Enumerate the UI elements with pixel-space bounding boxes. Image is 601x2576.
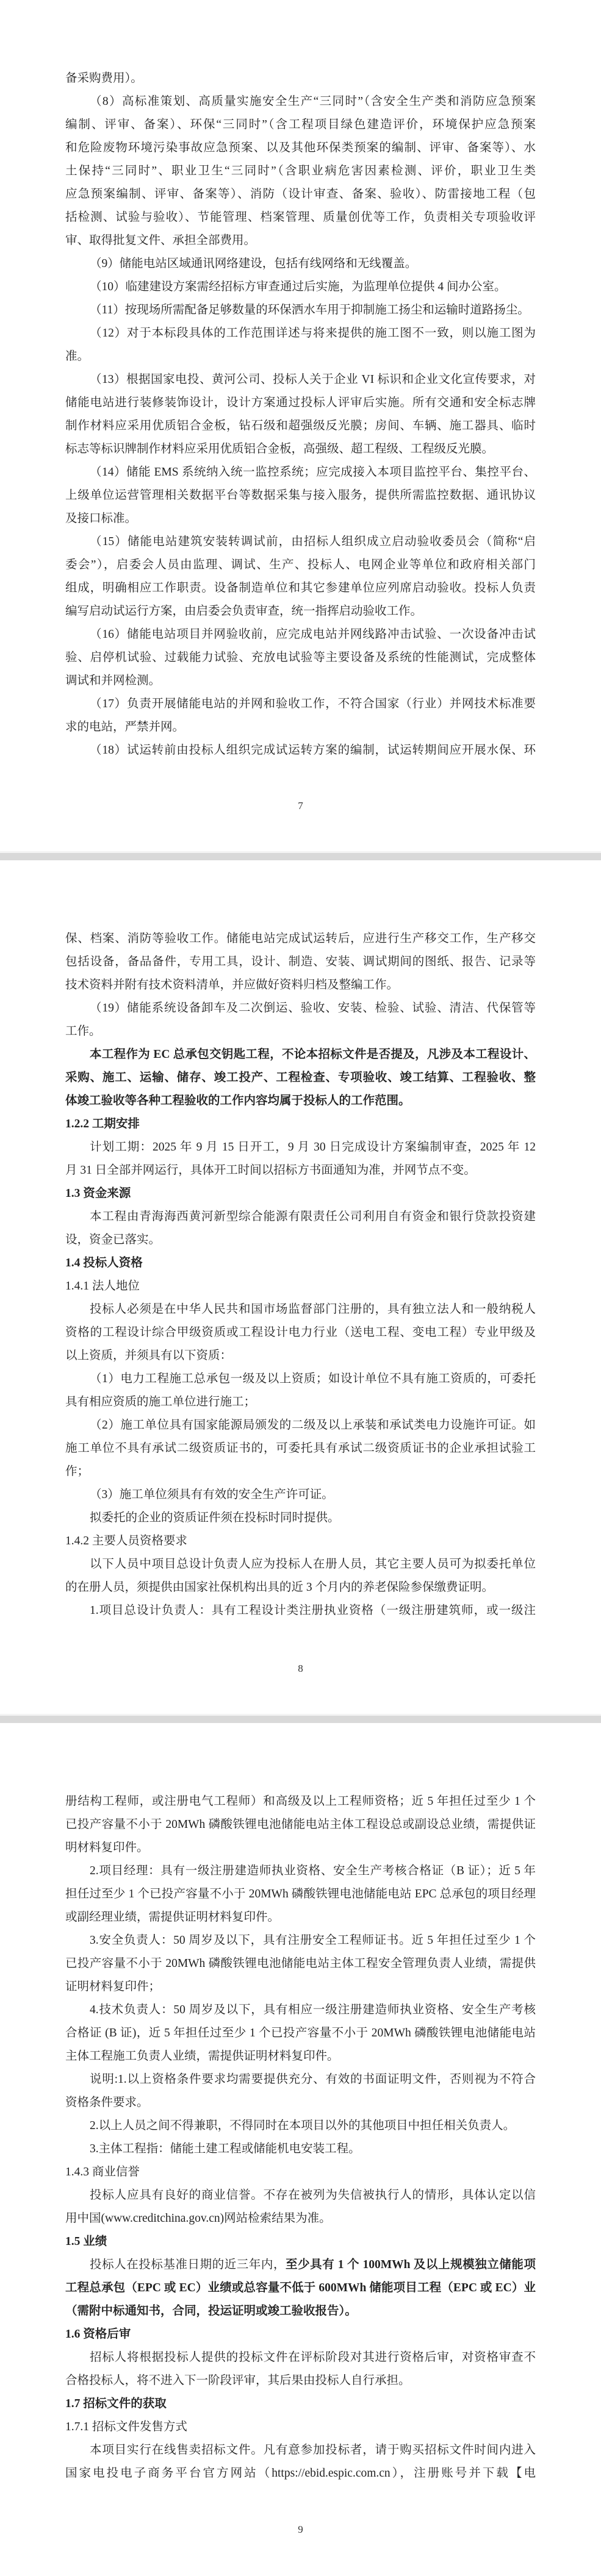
text-run: 投标人在投标基准日期的近三年内， — [90, 2258, 286, 2271]
text-line: 3.安全负责人：50 周岁及以下，具有注册安全工程师证书。近 5 年担任过至少 … — [65, 1929, 536, 1952]
text-line: 说明:1.以上资格条件要求均需要提供充分、有效的书面证明文件，否则视为不符合 — [65, 2068, 536, 2091]
text-line: 1.4.2 主要人员资格要求 — [65, 1530, 536, 1553]
document-page: 保、档案、消防等验收工作。储能电站完成试运转后，应进行生产移交工作，生产移交包括… — [0, 860, 601, 1714]
text-line: （12）对于本标段具体的工作范围详述与将来提供的施工图不一致，则以施工图为 — [65, 322, 536, 345]
text-line: 计划工期：2025 年 9 月 15 日开工，9 月 30 日完成设计方案编制审… — [65, 1136, 536, 1159]
text-line: 拟委托的企业的资质证件须在投标时同时提供。 — [65, 1507, 536, 1530]
page-content: 保、档案、消防等验收工作。储能电站完成试运转后，应进行生产移交工作，生产移交包括… — [0, 860, 601, 1622]
text-line: 主体工程施工负责人业绩，需提供证明材料复印件。 — [65, 2045, 536, 2068]
text-line: 组成，明确相应工作职责。设备制造单位和其它参建单位应列席启动验收。投标人负责 — [65, 577, 536, 600]
text-line: （19）储能系统设备卸车及二次倒运、验收、安装、检验、试验、清洁、代保管等 — [65, 997, 536, 1020]
page-number: 9 — [0, 2522, 601, 2537]
text-line: （15）储能电站建筑安装转调试前，由招标人组织成立启动验收委员会（简称“启 — [65, 530, 536, 554]
text-line: 编制、评审、备案）、环保“三同时”（含工程项目绿色建造评价，环境保护应急预案 — [65, 113, 536, 137]
text-line: 1.5 业绩 — [65, 2230, 536, 2253]
text-line: （1）电力工程施工总承包一级及以上资质；如设计单位不具有施工资质的，可委托 — [65, 1368, 536, 1391]
page-gap — [0, 1714, 601, 1723]
text-line: 1.7 招标文件的获取 — [65, 2392, 536, 2416]
text-line: （14）储能 EMS 系统纳入统一监控系统；应完成接入本项目监控平台、集控平台、 — [65, 461, 536, 484]
text-line: 1.7.1 招标文件发售方式 — [65, 2416, 536, 2439]
text-line: 求的电站，严禁并网。 — [65, 716, 536, 739]
text-line: 投标人在投标基准日期的近三年内，至少具有 1 个 100MWh 及以上规模独立储… — [65, 2253, 536, 2277]
text-line: 投标人必须是在中华人民共和国市场监督部门注册的，具有独立法人和一般纳税人 — [65, 1298, 536, 1321]
text-line: 2.以上人员之间不得兼职，不得同时在本项目以外的其他项目中担任相关负责人。 — [65, 2114, 536, 2138]
page-number: 8 — [0, 1661, 601, 1676]
text-line: 1.4.1 法人地位 — [65, 1275, 536, 1298]
text-line: 2.项目经理：具有一级注册建造师执业资格、安全生产考核合格证（B 证）；近 5 … — [65, 1860, 536, 1883]
text-line: 资格的工程设计综合甲级资质或工程设计电力行业（送电工程、变电工程）专业甲级及 — [65, 1321, 536, 1344]
text-line: 土保持“三同时”、职业卫生“三同时”（含职业病危害因素检测、评价，职业卫生类 — [65, 160, 536, 183]
text-line: 具有相应资质的施工单位进行施工； — [65, 1391, 536, 1414]
text-line: 合格投标人，将不进入下一阶段评审，其后果由投标人自行承担。 — [65, 2369, 536, 2392]
text-line: 调试和并网检测。 — [65, 669, 536, 693]
text-line: 或副经理业绩，需提供证明材料复印件。 — [65, 1906, 536, 1929]
text-line: 担任过至少 1 个已投产容量不小于 20MWh 磷酸铁锂电池储能电站 EPC 总… — [65, 1883, 536, 1906]
text-line: 和危险废物环境污染事故应急预案、以及其他环保类预案的编制、评审、备案等）、水 — [65, 137, 536, 160]
text-line: 已投产容量不小于 20MWh 磷酸铁锂电池储能电站主体工程设总或副设总业绩，需提… — [65, 1813, 536, 1836]
text-line: 备采购费用）。 — [65, 67, 536, 90]
text-line: 设，资金已落实。 — [65, 1229, 536, 1252]
text-line: 1.3 资金来源 — [65, 1182, 536, 1205]
text-line: 的在册人员，须提供由国家社保机构出具的近 3 个月内的养老保险参保缴费证明。 — [65, 1576, 536, 1599]
text-line: 月 31 日全部并网运行，具体开工时间以招标方书面通知为准，并网节点不变。 — [65, 1159, 536, 1182]
text-line: （13）根据国家电投、黄河公司、投标人关于企业 VI 标识和企业文化宣传要求，对 — [65, 368, 536, 391]
text-line: （3）施工单位须具有有效的安全生产许可证。 — [65, 1483, 536, 1507]
text-line: 合格证 (B 证)，近 5 年担任过至少 1 个已投产容量不小于 20MWh 磷… — [65, 2022, 536, 2045]
text-line: 投标人应具有良好的商业信誉。不存在被列为失信被执行人的情形，具体认定以信 — [65, 2184, 536, 2207]
text-line: 4.技术负责人：50 周岁及以下，具有相应一级注册建造师执业资格、安全生产考核 — [65, 1999, 536, 2022]
text-line: 施工单位不具有承试二级资质证书的，可委托具有承试二级资质证书的企业承担试验工 — [65, 1437, 536, 1460]
text-line: （2）施工单位具有国家能源局颁发的二级及以上承装和承试类电力设施许可证。如 — [65, 1414, 536, 1437]
text-line: 审、取得批复文件、承担全部费用。 — [65, 229, 536, 252]
page-content: 备采购费用）。（8）高标准策划、高质量实施安全生产“三同时”（含安全生产类和消防… — [0, 0, 601, 762]
text-line: 委会”），启委会人员由监理、调试、生产、投标人、电网企业等单位和政府相关部门 — [65, 554, 536, 577]
text-line: 本工程由青海海西黄河新型综合能源有限责任公司利用自有资金和银行贷款投资建 — [65, 1205, 536, 1229]
text-line: 保、档案、消防等验收工作。储能电站完成试运转后，应进行生产移交工作，生产移交 — [65, 927, 536, 951]
text-line: 本项目实行在线售卖招标文件。凡有意参加投标者，请于购买招标文件时间内进入 — [65, 2439, 536, 2462]
text-line: 及接口标准。 — [65, 507, 536, 530]
text-line: 标志等标识牌制作材料应采用优质铝合金板，高强级、超工程级、工程级反光膜。 — [65, 438, 536, 461]
text-line: （8）高标准策划、高质量实施安全生产“三同时”（含安全生产类和消防应急预案 — [65, 90, 536, 113]
text-line: 作； — [65, 1460, 536, 1483]
text-line: 技术资料并附有技术资料清单，并应做好资料归档及整编工作。 — [65, 974, 536, 997]
text-line: 1.2.2 工期安排 — [65, 1113, 536, 1136]
document-page: 册结构工程师，或注册电气工程师）和高级及以上工程师资格；近 5 年担任过至少 1… — [0, 1723, 601, 2575]
text-line: （10）临建建设方案需经招标方审查通过后实施，为监理单位提供 4 间办公室。 — [65, 276, 536, 299]
text-line: 招标人将根据投标人提供的投标文件在评标阶段对其进行资格后审，对资格审查不 — [65, 2346, 536, 2369]
text-line: 1.6 资格后审 — [65, 2323, 536, 2346]
page-content: 册结构工程师，或注册电气工程师）和高级及以上工程师资格；近 5 年担任过至少 1… — [0, 1723, 601, 2485]
text-line: 应急预案编制、评审、备案等）、消防（设计审查、备案、验收）、防雷接地工程（包 — [65, 183, 536, 206]
text-line: 体竣工验收等各种工程验收的工作内容均属于投标人的工作范围。 — [65, 1090, 536, 1113]
text-line: 1.4 投标人资格 — [65, 1252, 536, 1275]
page-number: 7 — [0, 799, 601, 813]
text-line: （17）负责开展储能电站的并网和验收工作，不符合国家（行业）并网技术标准要 — [65, 693, 536, 716]
text-line: 证明材料复印件； — [65, 1975, 536, 1999]
text-line: 明材料复印件。 — [65, 1836, 536, 1860]
text-line: 工程总承包（EPC 或 EC）业绩或总容量不低于 600MWh 储能项目工程（E… — [65, 2277, 536, 2300]
text-line: 工作。 — [65, 1020, 536, 1043]
text-line: 包括设备，备品备件，专用工具，设计、制造、安装、调试期间的图纸、报告、记录等 — [65, 951, 536, 974]
text-line: 编写启动试运行方案，由启委会负责审查，统一指挥启动验收工作。 — [65, 600, 536, 623]
text-line: 上级单位运营管理相关数据平台等数据采集与接入服务，提供所需监控数据、通讯协议 — [65, 484, 536, 507]
text-line: （18）试运转前由投标人组织完成试运转方案的编制，试运转期间应开展水保、环 — [65, 739, 536, 762]
document-page: 备采购费用）。（8）高标准策划、高质量实施安全生产“三同时”（含安全生产类和消防… — [0, 0, 601, 851]
text-line: 制作材料应采用优质铝合金板，钻石级和超强级反光膜；房间、车辆、施工器具、临时 — [65, 415, 536, 438]
text-line: 以上资质，并须具有以下资质： — [65, 1344, 536, 1368]
text-line: 储能电站进行装修装饰设计，设计方案通过投标人评审后实施。所有交通和安全标志牌 — [65, 391, 536, 415]
text-line: 国家电投电子商务平台官方网站（https://ebid.espic.com.cn… — [65, 2462, 536, 2485]
text-line: 用中国(www.creditchina.gov.cn)网站检索结果为准。 — [65, 2207, 536, 2230]
text-line: （9）储能电站区域通讯网络建设，包括有线网络和无线覆盖。 — [65, 252, 536, 276]
text-line: 已投产容量不小于 20MWh 磷酸铁锂电池储能电站主体工程安全管理负责人业绩，需… — [65, 1952, 536, 1975]
pdf-viewer: 备采购费用）。（8）高标准策划、高质量实施安全生产“三同时”（含安全生产类和消防… — [0, 0, 601, 2575]
page-gap — [0, 851, 601, 860]
text-line: 验、启停机试验、过载能力试验、充放电试验等主要设备及系统的性能测试，完成整体 — [65, 646, 536, 669]
text-line: 1.4.3 商业信誉 — [65, 2161, 536, 2184]
text-line: 本工程作为 EC 总承包交钥匙工程，不论本招标文件是否提及，凡涉及本工程设计、 — [65, 1043, 536, 1066]
text-line: （11）按现场所需配备足够数量的环保洒水车用于抑制施工扬尘和运输时道路扬尘。 — [65, 299, 536, 322]
text-line: 以下人员中项目总设计负责人应为投标人在册人员，其它主要人员可为拟委托单位 — [65, 1553, 536, 1576]
text-line: 1.项目总设计负责人：具有工程设计类注册执业资格（一级注册建筑师，或一级注 — [65, 1599, 536, 1622]
text-line: （需附中标通知书，合同，投运证明或竣工验收报告）。 — [65, 2300, 536, 2323]
text-line: 采购、施工、运输、储存、竣工投产、工程检查、专项验收、竣工结算、工程验收、整 — [65, 1066, 536, 1090]
text-line: 括检测、试验与验收）、节能管理、档案管理、质量创优等工作，负责相关专项验收评 — [65, 206, 536, 229]
text-line: 册结构工程师，或注册电气工程师）和高级及以上工程师资格；近 5 年担任过至少 1… — [65, 1790, 536, 1813]
text-line: 资格条件要求。 — [65, 2091, 536, 2114]
text-line: 准。 — [65, 345, 536, 368]
text-line: 3.主体工程指：储能土建工程或储能机电安装工程。 — [65, 2138, 536, 2161]
text-line: （16）储能电站项目并网验收前，应完成电站并网线路冲击试验、一次设备冲击试 — [65, 623, 536, 646]
